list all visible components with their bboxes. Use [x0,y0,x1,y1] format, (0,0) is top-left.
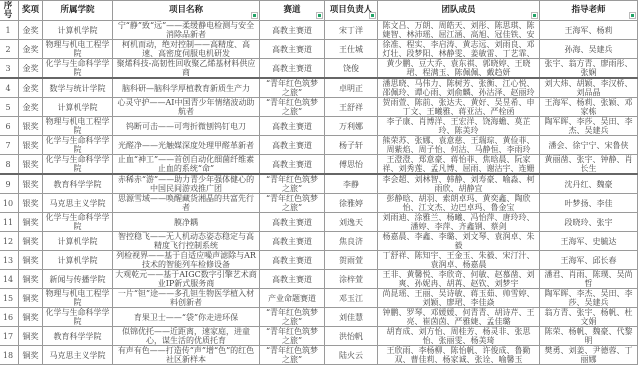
header-track-label: 赛道 [283,5,300,15]
track-text: “青年红色筑梦之旅” [262,308,322,326]
advisors-text: 叶梦扬、李佳 [542,199,635,208]
cell-project: 光醛净——光触媒深度处理甲醛革新者 [113,136,260,155]
cell-project: 似锦优托——近距离，速家庭，进童心，谋生活的优质托育 [113,327,260,331]
cell-index: 11 [0,213,19,232]
advisors-text: 刘大炜、胡颖、李汉桥、刘品晶 [542,79,635,97]
advisors-text: 王海军、邱长春 [542,256,635,265]
track-text: “青年红色筑梦之旅” [262,79,322,97]
advisors-text: 段晓玲、张宇 [542,218,635,227]
cell-index: 8 [0,155,19,175]
cell-project: 大观乾元——基于AIGC数字引擎艺术商业IP新式服务商 [113,270,260,289]
header-advisors-label: 指导老师 [571,5,605,15]
college-text: 化学与生命科学学院 [45,213,110,231]
track-text: “青年红色筑梦之旅” [262,194,322,212]
cell-leader: 宋丁洋 [325,21,378,40]
cell-project: 膜净耦 [113,213,260,232]
college-text: 教育科学学院 [45,180,110,189]
cell-index: 2 [0,40,19,59]
cell-track: 高教主赛道 [260,155,325,175]
cell-members: 潘思晓、马伟力、陈树芳、张衡、江心悦、邵佩玲、谭心雨、刘俞麟、孙沽泽、赵丽玲 [378,78,540,98]
cell-index: 9 [0,174,19,194]
cell-members: 尚昆瑶、王丽、吴诗敏、蒋玉茹、帅雪婷、刘颖、廖珺、李佳焱 [378,289,540,308]
cell-track: 高教主赛道 [260,251,325,270]
cell-advisors: 潘君、肖雨、陈璞、吴尚哲 [540,270,638,289]
track-text: 高教主赛道 [262,218,322,227]
college-text: 化学与生命科学学院 [45,136,110,154]
cell-advisors: 王海军、邱长春 [540,251,638,270]
members-text: 尚昆瑶、王丽、吴诗敏、蒋玉茹、帅雪婷、刘颖、廖珺、李佳焱 [380,289,537,307]
cell-college: 数学与统计学院 [43,78,113,98]
cell-index: 5 [0,98,19,117]
project-text: 列检视界——基于自适应噪声滤除与AR技术的智能列车检修设备 [115,251,257,269]
cell-track: “青年红色筑梦之旅” [260,98,325,117]
table-row: 2 金奖 物理与机电工程学院 柯机而动，绝对控制——高精度、高速、高密度伺服电机… [0,40,638,59]
college-text: 物理与机电工程学院 [45,40,110,58]
cell-index: 17 [0,327,19,331]
cell-college: 计算机学院 [43,251,113,270]
filter-dropdown-icon[interactable] [531,12,538,19]
track-text: 高教主赛道 [262,237,322,246]
cell-college: 计算机学院 [43,98,113,117]
track-text: 高教主赛道 [262,26,322,35]
track-text: 高教主赛道 [262,45,322,54]
cell-leader: 李静 [325,174,378,194]
header-track: 赛道 [260,1,325,21]
table-row: 1 金奖 计算机学院 宁“静”致“远”——柔缓静电检测与安全消除品新者 高教主赛… [0,21,638,40]
cell-advisors: 叶梦扬、李佳 [540,194,638,213]
members-text: 刘雨迪、涂雅兰、杨曦、冯怡萍、唐玲玲、潘婷、李萍、齐鑫钢、蔡剑 [380,213,537,231]
members-text: 潘思晓、马伟力、陈树芳、张衡、江心悦、邵佩玲、谭心雨、刘俞麟、孙沽泽、赵丽玲 [380,79,537,97]
project-text: 止血“神工”——首创自动化细菌纤维素止血的系统“命” [115,155,257,173]
cell-leader: 焦良济 [325,232,378,251]
cell-members: 彭静晗、胡羽、索朗卓玛、黄奕鑫、陶欣怡、江文杰、边巴卓玛、鲁金宝 [378,194,540,213]
cell-college: 物理与机电工程学院 [43,117,113,136]
members-text: 陈文吕、万朗、周皓天、刘彤、陈思琪、陈婕智、林沛瑶、屈江涵、高旭、冠佳铁、安玉龙… [380,21,537,39]
cell-college: 化学与生命科学学院 [43,308,113,327]
awards-table: 序号 奖项 所属学院 项目名称 赛道 项目负责人 团队成员 指导老师 1 金奖 … [0,0,638,330]
project-text: 大观乾元——基于AIGC数字引擎艺术商业IP新式服务商 [115,270,257,288]
cell-project: 育果卫士——“袋”你走进环保 [113,308,260,327]
cell-project: 赤稀赤“游”——助力青少年强体健心的中国民间游戏推广团 [113,174,260,194]
table-row: 8 银奖 化学与生命科学学院 止血“神工”——首创自动化细菌纤维素止血的系统“命… [0,155,638,175]
members-text: 钟鹏、罗琴、邓媛媛、何青青、胡诗芹、王亮、崔茵茵、严雅婕、孟佳璐 [380,308,537,326]
members-text: 熊荣苏、张娜、袁意慈、王瑞琮、黄俭菲、周紫焰、周子怡、何沽、马静恒、李雨玲 [380,136,537,154]
college-text: 化学与生命科学学院 [45,308,110,326]
track-text: “青年红色筑梦之旅” [262,175,322,193]
table-row: 12 铜奖 计算机学院 智控稳飞——无人机动态姿态稳定与高精度飞行控制系统 高教… [0,232,638,251]
advisors-text: 王海军、杨莉 [542,26,635,35]
advisors-text: 潘君、肖雨、陈璞、吴尚哲 [542,270,635,288]
header-row: 序号 奖项 所属学院 项目名称 赛道 项目负责人 团队成员 指导老师 [0,1,638,21]
project-text: 膜净耦 [115,218,257,227]
cell-leader: 邓玉江 [325,289,378,308]
project-text: 育果卫士——“袋”你走进环保 [115,313,257,322]
track-text: 高教主赛道 [262,64,322,73]
cell-advisors: 沈丹红、魏豪 [540,174,638,194]
cell-index: 4 [0,78,19,98]
track-text: 高教主赛道 [262,256,322,265]
cell-project: 列检视界——基于自适应噪声滤除与AR技术的智能列车检修设备 [113,251,260,270]
members-text: 杨嘉晨、李鑫、李璐、刘文琴、袁润卓、朱毅 [380,232,537,250]
advisors-text: 孙海、吴建兵 [542,45,635,54]
cell-advisors: 王海军、杨莉 [540,21,638,40]
advisors-text: 黄丽凿、张宇、钟静、肖长生 [542,155,635,173]
table-row: 6 银奖 物理与机电工程学院 钨断可击——可弯折微刨钨钉电刀 高教主赛道 万利娜… [0,117,638,136]
advisors-text: 沈丹红、魏豪 [542,180,635,189]
members-text: 李会超、刘林智、韩静、刘寿豪、喻淼、柯雨欣、胡静宜 [380,175,537,193]
college-text: 数学与统计学院 [45,84,110,93]
advisors-text: 陶军晖、李杰、吴田、李莎、吴建兵 [542,289,635,307]
cell-award: 银奖 [19,194,43,213]
cell-members: 熊荣苏、张娜、袁意慈、王瑞琮、黄俭菲、周紫焰、周子怡、何沽、马静恒、李雨玲 [378,136,540,155]
filter-dropdown-icon[interactable] [369,12,376,19]
cell-index: 15 [0,289,19,308]
cell-college: 计算机学院 [43,21,113,40]
header-project-label: 项目名称 [169,5,203,15]
cell-leader: 洪怡帆 [325,327,378,331]
cell-advisors: 王海军、杨莉、张颖、邓家栋 [540,98,638,117]
project-text: 智控稳飞——无人机动态姿态稳定与高精度飞行控制系统 [115,232,257,250]
college-text: 计算机学院 [45,256,110,265]
table-row: 7 银奖 化学与生命科学学院 光醛净——光触媒深度处理甲醛革新者 高教主赛道 杨… [0,136,638,155]
cell-index: 10 [0,194,19,213]
cell-track: 高教主赛道 [260,136,325,155]
project-text: 赤稀赤“游”——助力青少年强体健心的中国民间游戏推广团 [115,175,257,193]
header-leader: 项目负责人 [325,1,378,21]
cell-award: 银奖 [19,117,43,136]
cell-members: 刘雨迪、涂雅兰、杨曦、冯怡萍、唐玲玲、潘婷、李萍、齐鑫钢、蔡剑 [378,213,540,232]
cell-leader: 杨子轩 [325,136,378,155]
cell-leader: 万利娜 [325,117,378,136]
cell-award: 银奖 [19,155,43,175]
track-text: 高教主赛道 [262,160,322,169]
cell-track: 高教主赛道 [260,270,325,289]
cell-members: 王澄澄、郑意豪、蒋怡菲、焦晗晨、阮家祥、刘秀莲、孟凡博、屈雨、谢沽宇、连姗姗 [378,155,540,175]
filter-dropdown-icon[interactable] [629,12,636,19]
track-text: 产业命题赛道 [262,294,322,303]
cell-members: 陈文吕、万朗、周皓天、刘彤、陈思琪、陈婕智、林沛瑶、屈江涵、高旭、冠佳铁、安玉龙… [378,21,540,40]
cell-award: 金奖 [19,98,43,117]
cell-track: 产业命题赛道 [260,289,325,308]
cell-leader: 贺雨萱 [325,251,378,270]
college-text: 物理与机电工程学院 [45,117,110,135]
cell-index: 6 [0,117,19,136]
cell-award: 铜奖 [19,270,43,289]
college-text: 马克思主义学院 [45,199,110,208]
cell-track: 高教主赛道 [260,213,325,232]
cell-advisors: 陶军晖、李莎、吴田、李杰、吴建兵 [540,117,638,136]
cell-award: 铜奖 [19,232,43,251]
header-college: 所属学院 [43,1,113,21]
college-text: 计算机学院 [45,26,110,35]
project-text: 聚烯科技-高韧性回收聚乙烯基材料供应商 [115,59,257,77]
cell-leader: 刘逸天 [325,213,378,232]
table-row: 15 铜奖 物理与机电工程学院 一片“钽”途——多孔钽生物医学植入材料创新者 产… [0,289,638,308]
header-advisors: 指导老师 [540,1,638,21]
cell-award: 铜奖 [19,327,43,331]
cell-project: 智控稳飞——无人机动态姿态稳定与高精度飞行控制系统 [113,232,260,251]
advisors-text: 张宇、翁方青、廖雨彤、张娴 [542,59,635,77]
cell-leader: 徐雅婷 [325,194,378,213]
cell-award: 金奖 [19,59,43,79]
cell-leader: 王仕城 [325,40,378,59]
cell-members: 丁舒祥、陈知宇、王金玉、朱毅、宋汀汁、袁润卓、杨嘉晨 [378,251,540,270]
table-row: 14 铜奖 新闻与传播学院 大观乾元——基于AIGC数字引擎艺术商业IP新式服务… [0,270,638,289]
cell-track: “青年红色筑梦之旅” [260,308,325,327]
cell-members: 王非、黄馨悦、李欣奇、何敏、赵慕凿、刘爽、孙妮冉、胡苒、赵钦、刘梦宇 [378,270,540,289]
cell-college: 新闻与传播学院 [43,270,113,289]
members-text: 王非、黄馨悦、李欣奇、何敏、赵慕凿、刘爽、孙妮冉、胡苒、赵钦、刘梦宇 [380,270,537,288]
cell-leader: 卓明正 [325,78,378,98]
cell-index: 16 [0,308,19,327]
members-text: 徐准、程实、李启涛、黄志远、刘雨良、邓灯壮、段梦阳、林静雯、姜敏雷、丁艺霏、杨新… [380,40,537,58]
college-text: 计算机学院 [45,103,110,112]
cell-award: 铜奖 [19,289,43,308]
cell-award: 铜奖 [19,213,43,232]
cell-track: 高教主赛道 [260,21,325,40]
header-members-label: 团队成员 [441,5,475,15]
cell-members: 钟鹏、罗琴、邓媛媛、何青青、胡诗芹、王亮、崔茵茵、严雅婕、孟佳璐 [378,308,540,327]
cell-college: 化学与生命科学学院 [43,59,113,79]
project-text: 光醛净——光触媒深度处理甲醛革新者 [115,141,257,150]
header-leader-label: 项目负责人 [330,5,373,15]
track-text: 高教主赛道 [262,141,322,150]
cell-advisors: 黄丽凿、张宇、钟静、肖长生 [540,155,638,175]
cell-index: 7 [0,136,19,155]
cell-track: “青年红色筑梦之旅” [260,194,325,213]
cell-index: 3 [0,59,19,79]
cell-index: 14 [0,270,19,289]
cell-track: 高教主赛道 [260,232,325,251]
cell-project: 一片“钽”途——多孔钽生物医学植入材料创新者 [113,289,260,308]
project-text: 一片“钽”途——多孔钽生物医学植入材料创新者 [115,289,257,307]
filter-dropdown-icon[interactable] [316,12,323,19]
cell-members: 李会超、刘林智、韩静、刘寿豪、喻淼、柯雨欣、胡静宜 [378,174,540,194]
college-text: 计算机学院 [45,237,110,246]
cell-college: 教育科学学院 [43,327,113,331]
table-row: 16 铜奖 化学与生命科学学院 育果卫士——“袋”你走进环保 “青年红色筑梦之旅… [0,308,638,327]
members-text: 丁舒祥、陈知宇、王金玉、朱毅、宋汀汁、袁润卓、杨嘉晨 [380,251,537,269]
cell-track: “青年红色筑梦之旅” [260,327,325,331]
header-project: 项目名称 [113,1,260,21]
members-text: 王澄澄、郑意豪、蒋怡菲、焦晗晨、阮家祥、刘秀莲、孟凡博、屈雨、谢沽宇、连姗姗 [380,155,537,173]
cell-college: 化学与生命科学学院 [43,213,113,232]
cell-project: 柯机而动，绝对控制——高精度、高速、高密度伺服电机研发 [113,40,260,59]
project-text: 心灵守护——AI中国青少年情绪波动助航者 [115,98,257,116]
cell-index: 13 [0,251,19,270]
cell-college: 物理与机电工程学院 [43,289,113,308]
cell-track: “青年红色筑梦之旅” [260,174,325,194]
cell-track: 高教主赛道 [260,117,325,136]
cell-track: 高教主赛道 [260,59,325,79]
cell-advisors: 陈荣、杨帆、魏豪、代黎明 [540,327,638,331]
cell-project: 心灵守护——AI中国青少年情绪波动助航者 [113,98,260,117]
header-index: 序号 [0,1,19,21]
project-text: 钨断可击——可弯折微刨钨钉电刀 [115,122,257,131]
cell-members: 徐准、程实、李启涛、黄志远、刘雨良、邓灯壮、段梦阳、林静雯、姜敏雷、丁艺霏、杨新… [378,40,540,59]
college-text: 新闻与传播学院 [45,275,110,284]
cell-members: 杨嘉晨、李鑫、李璐、刘文琴、袁润卓、朱毅 [378,232,540,251]
cell-award: 银奖 [19,174,43,194]
advisors-text: 王海军、杨莉、张颖、邓家栋 [542,98,635,116]
advisors-text: 王海军、史毓达 [542,237,635,246]
cell-college: 物理与机电工程学院 [43,40,113,59]
cell-project: 宁“静”致“远”——柔缓静电检测与安全消除品新者 [113,21,260,40]
table-row: 17 铜奖 教育科学学院 似锦优托——近距离，速家庭，进童心，谋生活的优质托育 … [0,327,638,331]
cell-college: 计算机学院 [43,232,113,251]
project-text: 脑科研—脑科学厚植教育新质生产力 [115,84,257,93]
cell-college: 马克思主义学院 [43,194,113,213]
cell-project: 思源雪域——唤醒藏货湘晶的共富先行者 [113,194,260,213]
cell-advisors: 孙海、吴建兵 [540,40,638,59]
track-text: 高教主赛道 [262,275,322,284]
cell-leader: 傅思怡 [325,155,378,175]
cell-members: 胡育成、刘方怡、周桂芳、杨灵非、张思怡、张丽雯、杨美琦 [378,327,540,331]
table-row: 5 金奖 计算机学院 心灵守护——AI中国青少年情绪波动助航者 “青年红色筑梦之… [0,98,638,117]
table-row: 4 金奖 数学与统计学院 脑科研—脑科学厚植教育新质生产力 “青年红色筑梦之旅”… [0,78,638,98]
header-award: 奖项 [19,1,43,21]
cell-award: 铜奖 [19,308,43,327]
cell-advisors: 王海军、史毓达 [540,232,638,251]
cell-track: “青年红色筑梦之旅” [260,78,325,98]
cell-advisors: 潘会、徐宁宁、宋鲁侠 [540,136,638,155]
table-row: 9 银奖 教育科学学院 赤稀赤“游”——助力青少年强体健心的中国民间游戏推广团 … [0,174,638,194]
cell-advisors: 翁方青、张宇、杨帆、杜文娟 [540,308,638,327]
filter-dropdown-icon[interactable] [251,12,258,19]
cell-advisors: 刘大炜、胡颖、李汉桥、刘品晶 [540,78,638,98]
members-text: 黄少鹏、豆大乔、袁东祺、郭晓婷、王晓珺、程满玉、陈佩佩、戴趋妍 [380,59,537,77]
cell-members: 贺雨萱、陈前、张达夫、黄好、吴昱希、申丁文、王曦雅、蒋亚沽、严栓函 [378,98,540,117]
cell-members: 黄少鹏、豆大乔、袁东祺、郭晓婷、王晓珺、程满玉、陈佩佩、戴趋妍 [378,59,540,79]
cell-award: 金奖 [19,40,43,59]
cell-track: 高教主赛道 [260,40,325,59]
cell-college: 化学与生命科学学院 [43,136,113,155]
cell-advisors: 陶军晖、李杰、吴田、李莎、吴建兵 [540,289,638,308]
advisors-text: 陶军晖、李莎、吴田、李杰、吴建兵 [542,117,635,135]
track-text: “青年红色筑梦之旅” [262,98,322,116]
table-row: 13 铜奖 计算机学院 列检视界——基于自适应噪声滤除与AR技术的智能列车检修设… [0,251,638,270]
cell-college: 化学与生命科学学院 [43,155,113,175]
members-text: 李子康、肖博洋、王宏洋、饶海蟾、莫芷玲、陈美玲 [380,117,537,135]
table-row: 3 金奖 化学与生命科学学院 聚烯科技-高韧性回收聚乙烯基材料供应商 高教主赛道… [0,59,638,79]
cell-members: 李子康、肖博洋、王宏洋、饶海蟾、莫芷玲、陈美玲 [378,117,540,136]
cell-award: 金奖 [19,78,43,98]
cell-award: 铜奖 [19,251,43,270]
header-members: 团队成员 [378,1,540,21]
cell-award: 金奖 [19,21,43,40]
cell-project: 钨断可击——可弯折微刨钨钉电刀 [113,117,260,136]
cell-project: 脑科研—脑科学厚植教育新质生产力 [113,78,260,98]
members-text: 彭静晗、胡羽、索朗卓玛、黄奕鑫、陶欣怡、江文杰、边巴卓玛、鲁金宝 [380,194,537,212]
track-text: 高教主赛道 [262,122,322,131]
cell-college: 教育科学学院 [43,174,113,194]
advisors-text: 翁方青、张宇、杨帆、杜文娟 [542,308,635,326]
cell-advisors: 张宇、翁方青、廖雨彤、张娴 [540,59,638,79]
cell-award: 银奖 [19,136,43,155]
project-text: 柯机而动，绝对控制——高精度、高速、高密度伺服电机研发 [115,40,257,58]
cell-index: 1 [0,21,19,40]
cell-leader: 涂梓萱 [325,270,378,289]
cell-advisors: 段晓玲、张宇 [540,213,638,232]
cell-project: 聚烯科技-高韧性回收聚乙烯基材料供应商 [113,59,260,79]
members-text: 贺雨萱、陈前、张达夫、黄好、吴昱希、申丁文、王曦雅、蒋亚沽、严栓函 [380,98,537,116]
table-row: 10 银奖 马克思主义学院 思源雪域——唤醒藏货湘晶的共富先行者 “青年红色筑梦… [0,194,638,213]
cell-leader: 王舒祥 [325,98,378,117]
project-text: 思源雪域——唤醒藏货湘晶的共富先行者 [115,194,257,212]
cell-leader: 饶俊 [325,59,378,79]
college-text: 物理与机电工程学院 [45,289,110,307]
project-text: 宁“静”致“远”——柔缓静电检测与安全消除品新者 [115,21,257,39]
cell-index: 12 [0,232,19,251]
table-row: 11 铜奖 化学与生命科学学院 膜净耦 高教主赛道 刘逸天 刘雨迪、涂雅兰、杨曦… [0,213,638,232]
college-text: 化学与生命科学学院 [45,59,110,77]
cell-project: 止血“神工”——首创自动化细菌纤维素止血的系统“命” [113,155,260,175]
advisors-text: 潘会、徐宁宁、宋鲁侠 [542,141,635,150]
college-text: 化学与生命科学学院 [45,155,110,173]
cell-leader: 刘佳慧 [325,308,378,327]
